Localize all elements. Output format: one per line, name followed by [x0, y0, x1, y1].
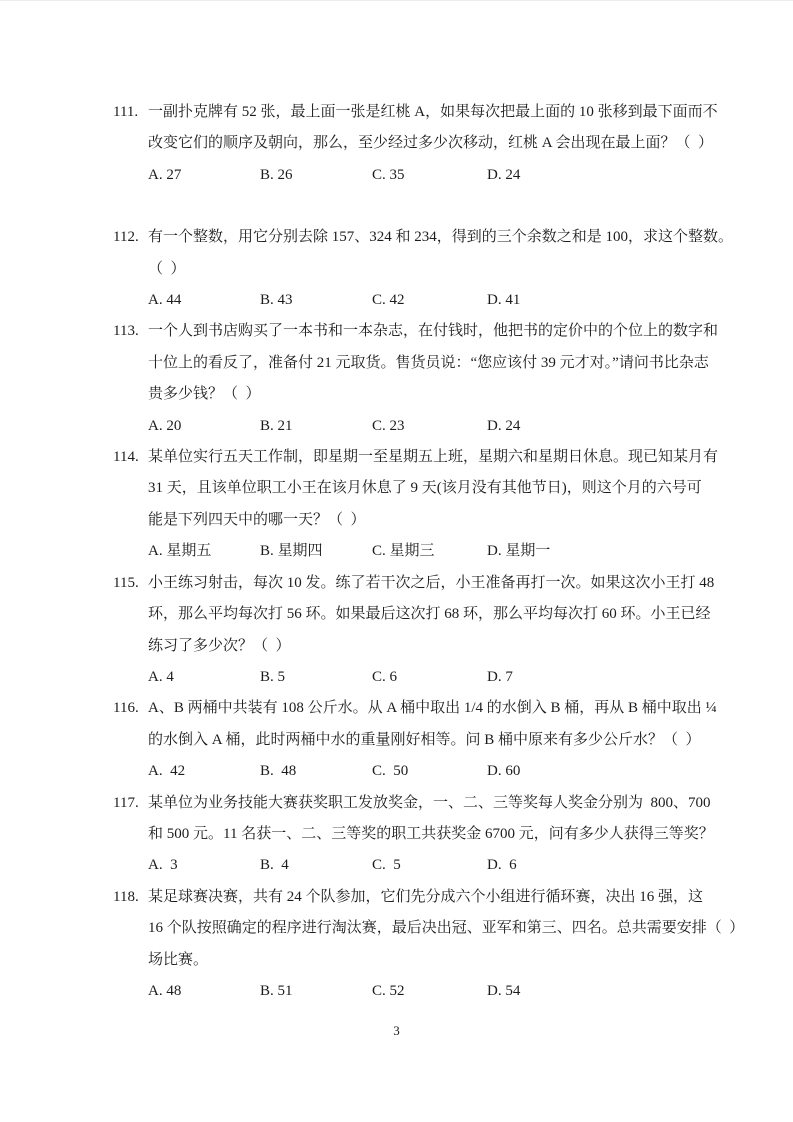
option-a: A. 星期五	[148, 536, 260, 567]
question-item-111: 111. 一副扑克牌有 52 张，最上面一张是红桃 A，如果每次把最上面的 10…	[113, 97, 683, 191]
question-line: （ ）	[148, 254, 683, 285]
question-number: 113.	[113, 316, 139, 347]
question-line: 场比赛。	[148, 945, 683, 976]
question-item-117: 117. 某单位为业务技能大赛获奖职工发放奖金，一、二、三等奖每人奖金分别为 8…	[113, 788, 683, 882]
question-item-114: 114. 某单位实行五天工作制，即星期一至星期五上班，星期六和星期日休息。现已知…	[113, 442, 683, 568]
option-b: B. 48	[260, 756, 372, 787]
option-d: D. 6	[487, 850, 517, 881]
options-row: A. 星期五 B. 星期四 C. 星期三 D. 星期一	[148, 536, 683, 567]
option-c: C. 42	[372, 285, 487, 316]
option-c: C. 50	[372, 756, 487, 787]
options-row: A. 3 B. 4 C. 5 D. 6	[148, 850, 683, 881]
question-line: 31 天，且该单位职工小王在该月休息了 9 天(该月没有其他节日)，则这个月的六…	[148, 473, 683, 504]
options-row: A. 4 B. 5 C. 6 D. 7	[148, 662, 683, 693]
option-a: A. 44	[148, 285, 260, 316]
question-number: 115.	[113, 568, 139, 599]
question-line: 一个人到书店购买了一本书和一本杂志，在付钱时，他把书的定价中的个位上的数字和	[148, 316, 683, 347]
question-line: 某足球赛决赛，共有 24 个队参加，它们先分成六个小组进行循环赛，决出 16 强…	[148, 882, 683, 913]
option-a: A. 27	[148, 160, 260, 191]
option-b: B. 21	[260, 411, 372, 442]
option-d: D. 7	[487, 662, 513, 693]
option-d: D. 星期一	[487, 536, 550, 567]
question-item-112: 112. 有一个整数，用它分别去除 157、324 和 234，得到的三个余数之…	[113, 222, 683, 316]
option-a: A. 3	[148, 850, 260, 881]
option-c: C. 星期三	[372, 536, 487, 567]
options-row: A. 42 B. 48 C. 50 D. 60	[148, 756, 683, 787]
question-line: 环，那么平均每次打 56 环。如果最后这次打 68 环，那么平均每次打 60 环…	[148, 599, 683, 630]
option-d: D. 24	[487, 411, 520, 442]
question-item-113: 113. 一个人到书店购买了一本书和一本杂志，在付钱时，他把书的定价中的个位上的…	[113, 316, 683, 442]
question-line: 改变它们的顺序及朝向，那么，至少经过多少次移动，红桃 A 会出现在最上面？（ ）	[148, 128, 683, 159]
question-number: 116.	[113, 693, 139, 724]
option-b: B. 43	[260, 285, 372, 316]
document-page: 111. 一副扑克牌有 52 张，最上面一张是红桃 A，如果每次把最上面的 10…	[0, 0, 793, 1122]
question-line: 小王练习射击，每次 10 发。练了若干次之后，小王准备再打一次。如果这次小王打 …	[148, 568, 683, 599]
option-b: B. 5	[260, 662, 372, 693]
question-item-115: 115. 小王练习射击，每次 10 发。练了若干次之后，小王准备再打一次。如果这…	[113, 568, 683, 694]
options-row: A. 27 B. 26 C. 35 D. 24	[148, 160, 683, 191]
question-line: 某单位为业务技能大赛获奖职工发放奖金，一、二、三等奖每人奖金分别为 800、70…	[148, 788, 683, 819]
option-a: A. 42	[148, 756, 260, 787]
option-b: B. 4	[260, 850, 372, 881]
question-number: 111.	[113, 97, 138, 128]
options-row: A. 20 B. 21 C. 23 D. 24	[148, 411, 683, 442]
question-line: 练习了多少次？（ ）	[148, 631, 683, 662]
option-d: D. 60	[487, 756, 520, 787]
option-c: C. 35	[372, 160, 487, 191]
questions-list: 111. 一副扑克牌有 52 张，最上面一张是红桃 A，如果每次把最上面的 10…	[113, 97, 683, 1007]
question-line: 能是下列四天中的哪一天？（ ）	[148, 505, 683, 536]
option-b: B. 26	[260, 160, 372, 191]
option-c: C. 6	[372, 662, 487, 693]
question-line: 某单位实行五天工作制，即星期一至星期五上班，星期六和星期日休息。现已知某月有	[148, 442, 683, 473]
question-number: 114.	[113, 442, 139, 473]
question-item-116: 116. A、B 两桶中共装有 108 公斤水。从 A 桶中取出 1/4 的水倒…	[113, 693, 683, 787]
option-b: B. 星期四	[260, 536, 372, 567]
option-d: D. 24	[487, 160, 520, 191]
question-item-118: 118. 某足球赛决赛，共有 24 个队参加，它们先分成六个小组进行循环赛，决出…	[113, 882, 683, 1008]
question-number: 118.	[113, 882, 139, 913]
option-c: C. 23	[372, 411, 487, 442]
question-line: 16 个队按照确定的程序进行淘汰赛，最后决出冠、亚军和第三、四名。总共需要安排（…	[148, 913, 683, 944]
option-b: B. 51	[260, 976, 372, 1007]
options-row: A. 48 B. 51 C. 52 D. 54	[148, 976, 683, 1007]
option-d: D. 54	[487, 976, 520, 1007]
options-row: A. 44 B. 43 C. 42 D. 41	[148, 285, 683, 316]
option-a: A. 20	[148, 411, 260, 442]
question-number: 117.	[113, 788, 139, 819]
question-number: 112.	[113, 222, 139, 253]
option-d: D. 41	[487, 285, 520, 316]
page-number: 3	[0, 1023, 793, 1039]
question-line: 的水倒入 A 桶，此时两桶中水的重量刚好相等。问 B 桶中原来有多少公斤水？（ …	[148, 725, 683, 756]
option-a: A. 4	[148, 662, 260, 693]
option-c: C. 5	[372, 850, 487, 881]
question-line: A、B 两桶中共装有 108 公斤水。从 A 桶中取出 1/4 的水倒入 B 桶…	[148, 693, 683, 724]
option-a: A. 48	[148, 976, 260, 1007]
question-line: 有一个整数，用它分别去除 157、324 和 234，得到的三个余数之和是 10…	[148, 222, 683, 253]
question-line: 十位上的看反了，准备付 21 元取货。售货员说：“您应该付 39 元才对。”请问…	[148, 348, 683, 379]
option-c: C. 52	[372, 976, 487, 1007]
question-line: 一副扑克牌有 52 张，最上面一张是红桃 A，如果每次把最上面的 10 张移到最…	[148, 97, 683, 128]
question-line: 和 500 元。11 名获一、二、三等奖的职工共获奖金 6700 元，问有多少人…	[148, 819, 683, 850]
question-line: 贵多少钱？（ ）	[148, 379, 683, 410]
